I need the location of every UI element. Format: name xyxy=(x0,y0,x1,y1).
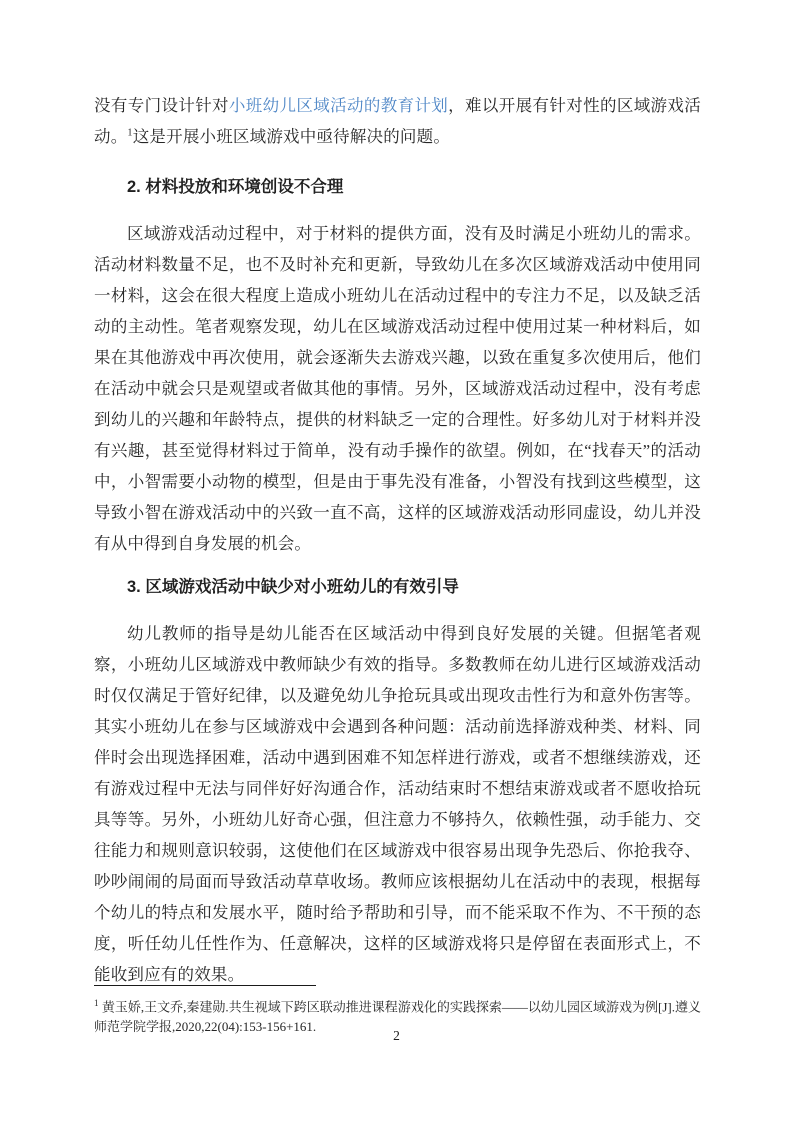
page-number: 2 xyxy=(0,1028,793,1044)
document-page: 没有专门设计针对小班幼儿区域活动的教育计划，难以开展有针对性的区域游戏活动。1这… xyxy=(0,0,793,1122)
section-heading-3: 3. 区域游戏活动中缺少对小班幼儿的有效引导 xyxy=(94,572,701,603)
paragraph-text: 这是开展小班区域游戏中亟待解决的问题。 xyxy=(133,127,450,146)
footnote-separator-line xyxy=(94,985,316,986)
paragraph-text: 没有专门设计针对 xyxy=(94,96,229,115)
document-content: 没有专门设计针对小班幼儿区域活动的教育计划，难以开展有针对性的区域游戏活动。1这… xyxy=(94,90,701,990)
section-heading-2: 2. 材料投放和环境创设不合理 xyxy=(94,172,701,203)
paragraph-guidance: 幼儿教师的指导是幼儿能否在区域活动中得到良好发展的关键。但据笔者观察，小班幼儿区… xyxy=(94,618,701,990)
paragraph-continuation: 没有专门设计针对小班幼儿区域活动的教育计划，难以开展有针对性的区域游戏活动。1这… xyxy=(94,90,701,152)
footnote-number: 1 xyxy=(94,998,99,1008)
paragraph-materials: 区域游戏活动过程中，对于材料的提供方面，没有及时满足小班幼儿的需求。活动材料数量… xyxy=(94,218,701,559)
inline-link[interactable]: 小班幼儿区域活动的教育计划 xyxy=(229,96,448,115)
